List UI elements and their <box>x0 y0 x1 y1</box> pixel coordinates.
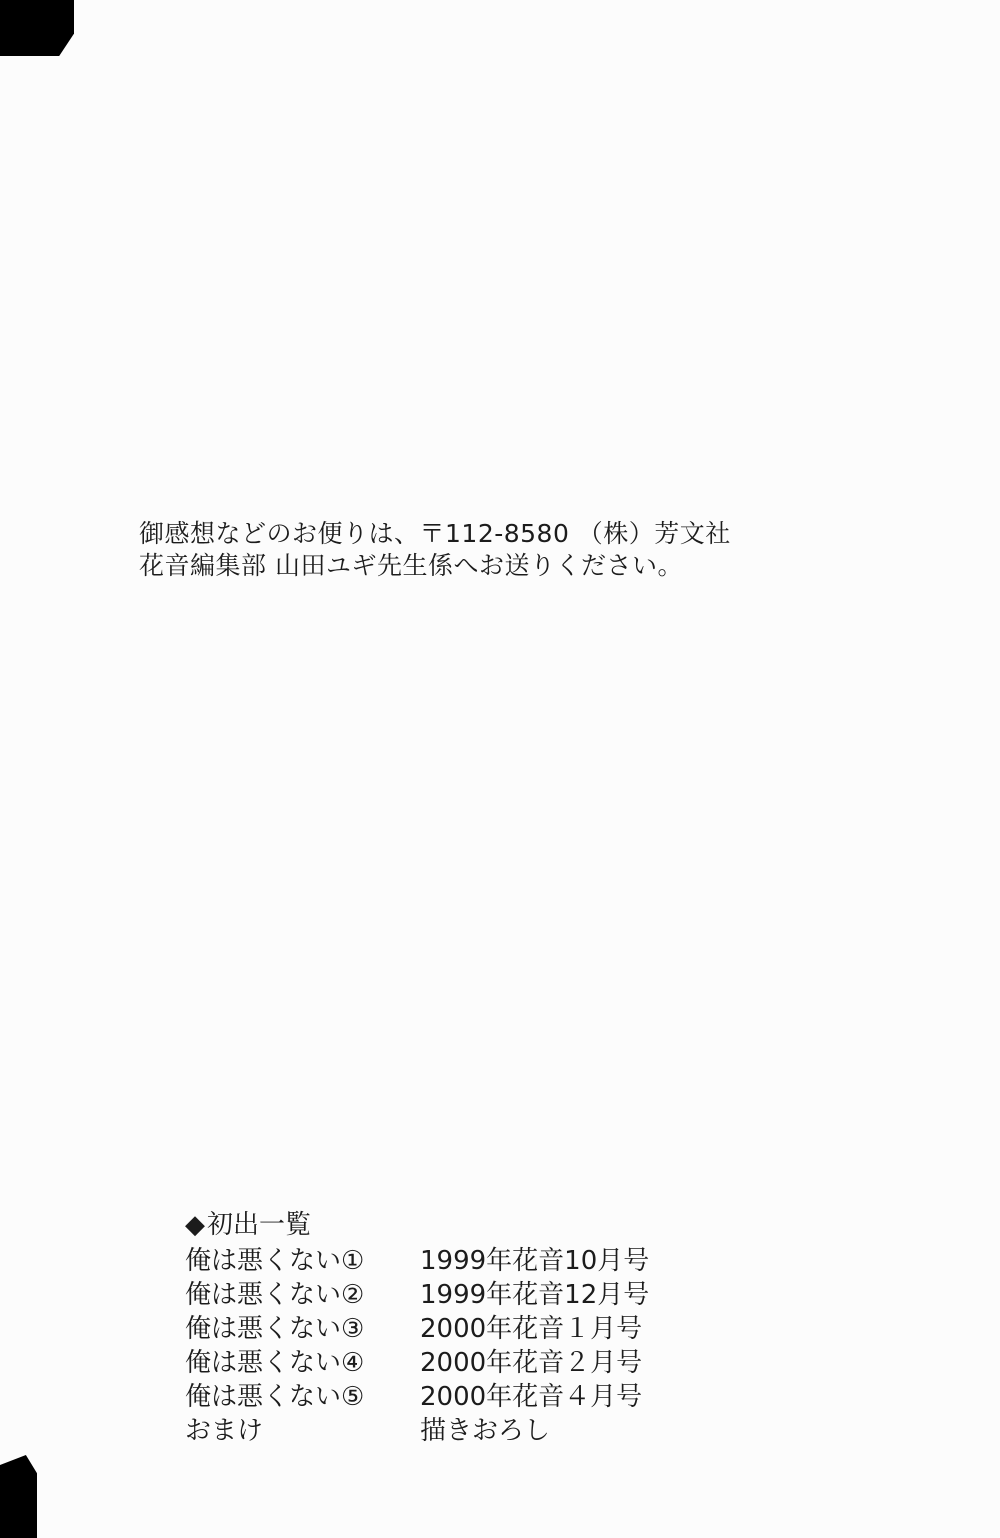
publication-title: 俺は悪くない③ <box>185 1312 420 1346</box>
publication-row: 俺は悪くない④ 2000年花音２月号 <box>185 1346 649 1380</box>
contact-note: 御感想などのお便りは、〒112-8580 （株）芳文社 花音編集部 山田ユギ先生… <box>139 518 731 582</box>
publication-issue: 1999年花音12月号 <box>420 1278 649 1312</box>
publication-title: おまけ <box>185 1414 420 1448</box>
publication-title: 俺は悪くない⑤ <box>185 1380 420 1414</box>
publication-issue: 描きおろし <box>420 1414 550 1448</box>
scan-artifact-top-left <box>0 0 74 56</box>
contact-note-line2: 花音編集部 山田ユギ先生係へお送りください。 <box>139 550 731 582</box>
contact-note-line1: 御感想などのお便りは、〒112-8580 （株）芳文社 <box>139 518 731 550</box>
publication-title: 俺は悪くない② <box>185 1278 420 1312</box>
scan-artifact-bottom-left <box>0 1455 37 1538</box>
first-publication-heading-text: 初出一覧 <box>207 1210 311 1240</box>
publication-row: 俺は悪くない③ 2000年花音１月号 <box>185 1312 649 1346</box>
publication-row: おまけ 描きおろし <box>185 1414 649 1448</box>
diamond-icon: ◆ <box>185 1210 205 1240</box>
first-publication-list: ◆初出一覧 俺は悪くない① 1999年花音10月号 俺は悪くない② 1999年花… <box>185 1208 649 1448</box>
publication-issue: 1999年花音10月号 <box>420 1244 649 1278</box>
publication-row: 俺は悪くない① 1999年花音10月号 <box>185 1244 649 1278</box>
publication-row: 俺は悪くない② 1999年花音12月号 <box>185 1278 649 1312</box>
publication-issue: 2000年花音１月号 <box>420 1312 642 1346</box>
publication-issue: 2000年花音２月号 <box>420 1346 642 1380</box>
publication-issue: 2000年花音４月号 <box>420 1380 642 1414</box>
publication-row: 俺は悪くない⑤ 2000年花音４月号 <box>185 1380 649 1414</box>
first-publication-heading: ◆初出一覧 <box>185 1208 649 1242</box>
publication-title: 俺は悪くない① <box>185 1244 420 1278</box>
publication-title: 俺は悪くない④ <box>185 1346 420 1380</box>
scanned-page: 御感想などのお便りは、〒112-8580 （株）芳文社 花音編集部 山田ユギ先生… <box>0 0 1000 1538</box>
